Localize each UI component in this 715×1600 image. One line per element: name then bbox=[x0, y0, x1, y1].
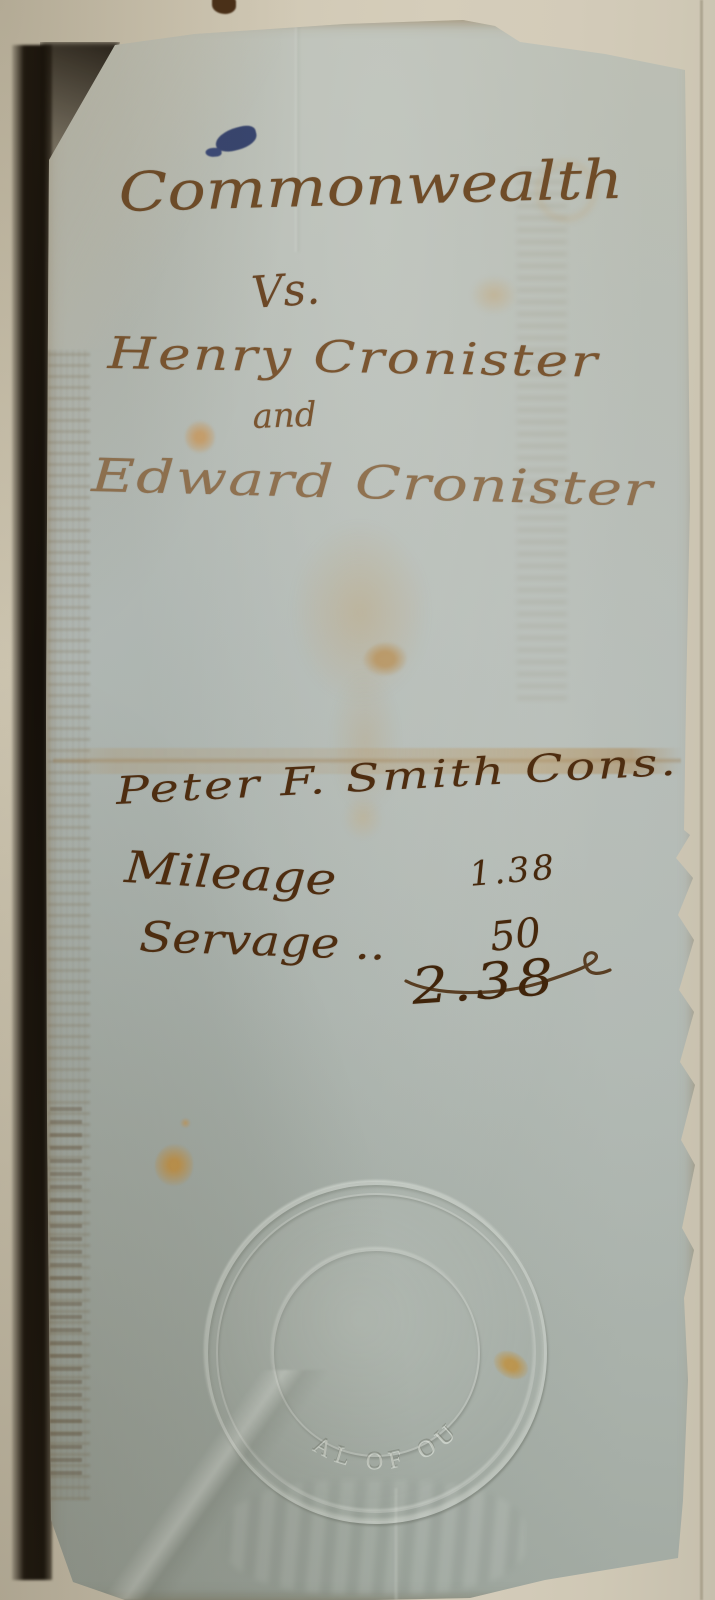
handwritten-versus: Vs. bbox=[250, 267, 321, 316]
handwritten-fee-total: 2.38 bbox=[410, 952, 560, 1012]
fee-item-servage-label: Servage .. bbox=[139, 916, 387, 967]
ghost-print-show-through-left-strong bbox=[50, 1105, 82, 1475]
svg-text:AL OF OU: AL OF OU bbox=[309, 1417, 466, 1476]
photograph-of-document: AL OF OU AL OF OU Commonwealth Vs. Henry… bbox=[0, 0, 715, 1600]
small-stain-dot bbox=[180, 1118, 191, 1128]
embossed-seal: AL OF OU AL OF OU bbox=[205, 1182, 547, 1524]
handwritten-and: and bbox=[252, 398, 317, 434]
fee-item-mileage-label: Mileage bbox=[123, 846, 337, 903]
background-table-seam-line bbox=[700, 0, 703, 1600]
ghost-print-show-through-right bbox=[517, 170, 567, 700]
seal-embossed-text: AL OF OU AL OF OU bbox=[208, 1185, 544, 1521]
handwritten-defendant-2: Edward Cronister bbox=[91, 452, 654, 513]
fee-item-mileage-amount: 1.38 bbox=[468, 850, 558, 892]
handwritten-case-title: Commonwealth bbox=[118, 153, 624, 220]
document-paper: AL OF OU AL OF OU Commonwealth Vs. Henry… bbox=[45, 20, 695, 1600]
stain-under-payee bbox=[343, 796, 383, 840]
stain-beside-versus bbox=[470, 275, 518, 315]
top-edge-ink-mark bbox=[212, 0, 236, 14]
seal-text-fragment: AL OF OU bbox=[309, 1417, 466, 1476]
round-stain-left bbox=[185, 420, 215, 454]
handwritten-defendant-1: Henry Cronister bbox=[107, 332, 600, 385]
orange-stain-left bbox=[155, 1144, 193, 1186]
